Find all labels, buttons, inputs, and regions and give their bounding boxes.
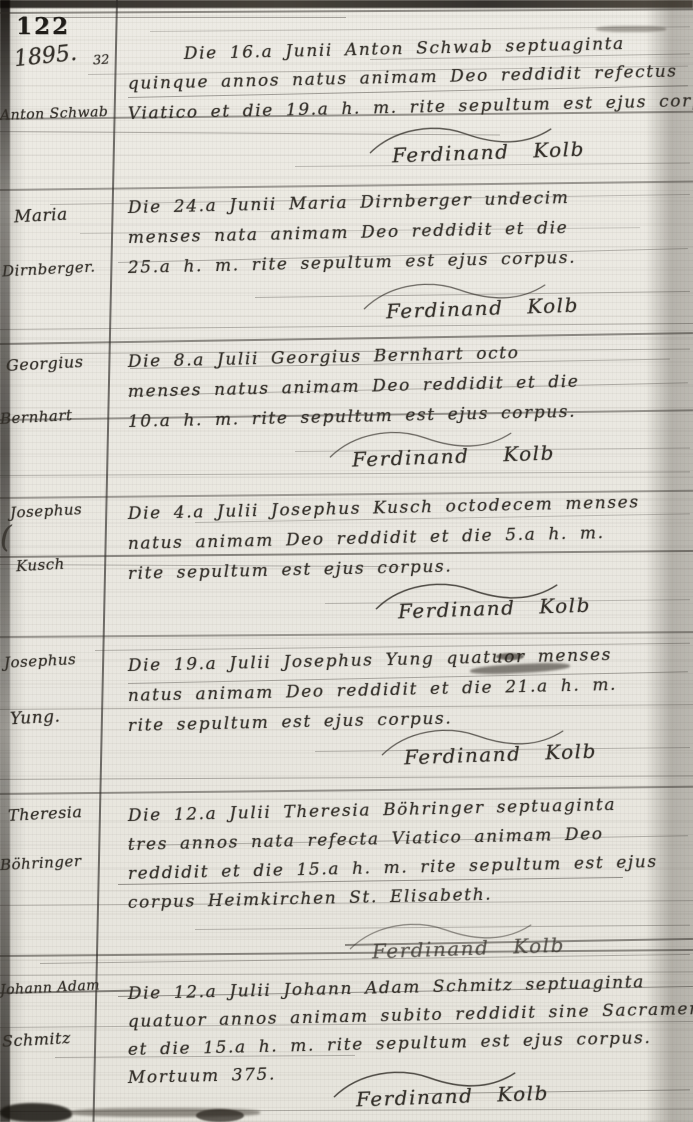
scan-streak — [0, 775, 693, 780]
ink-smudge — [596, 26, 666, 32]
scan-border-top — [0, 0, 693, 8]
margin-name: Georgius — [6, 352, 84, 375]
priest-signature: Ferdinand Kolb — [398, 593, 592, 624]
priest-signature: Ferdinand Kolb — [404, 739, 598, 770]
margin-brace: ( — [0, 520, 12, 555]
priest-signature: Ferdinand Kolb — [386, 293, 580, 324]
scan-border-left — [0, 0, 10, 1122]
priest-signature: Ferdinand Kolb — [356, 1081, 550, 1112]
burial-record-entry: Die 12.a Julii Theresia Böhringer septua… — [128, 806, 658, 922]
margin-name: Dirnberger. — [2, 258, 96, 281]
margin-name: Johann Adam — [0, 977, 100, 998]
page-number: 122 — [16, 13, 70, 40]
margin-name: Theresia — [8, 802, 83, 825]
scan-streak — [0, 323, 693, 330]
margin-name: Böhringer — [0, 852, 82, 874]
margin-name: Bernhart — [0, 406, 73, 428]
margin-name: Maria — [14, 205, 69, 228]
ink-smudge — [496, 653, 524, 660]
margin-name: Anton Schwab — [0, 104, 109, 124]
ink-smudge — [196, 1109, 244, 1122]
burial-record-entry: Die 4.a Julii Josephus Kusch octodecem m… — [128, 504, 640, 594]
burial-record-entry: Die 16.a Junii Anton Schwab septuaginta … — [128, 44, 693, 134]
scan-streak — [0, 181, 693, 191]
margin-name: Schmitz — [2, 1028, 72, 1051]
entry-number: 32 — [92, 52, 110, 68]
burial-record-entry: Die 24.a Junii Maria Dirnberger undecim … — [128, 198, 576, 288]
priest-signature: Ferdinand Kolb — [352, 440, 556, 471]
scan-streak — [0, 8, 693, 14]
scan-streak — [0, 786, 693, 795]
margin-name: Josephus — [10, 500, 83, 522]
register-page: 122 1895. 32 Anton Schwab Maria Dirnberg… — [0, 0, 693, 1122]
margin-name: Yung. — [10, 707, 61, 730]
scan-streak — [0, 332, 693, 345]
ink-smudge — [0, 1103, 72, 1122]
scan-streak — [0, 471, 690, 476]
margin-name: Josephus — [4, 650, 77, 672]
priest-signature: Ferdinand Kolb — [372, 933, 566, 964]
scan-streak — [36, 17, 346, 18]
margin-name: Kusch — [16, 555, 66, 576]
year-label: 1895. — [13, 41, 78, 72]
